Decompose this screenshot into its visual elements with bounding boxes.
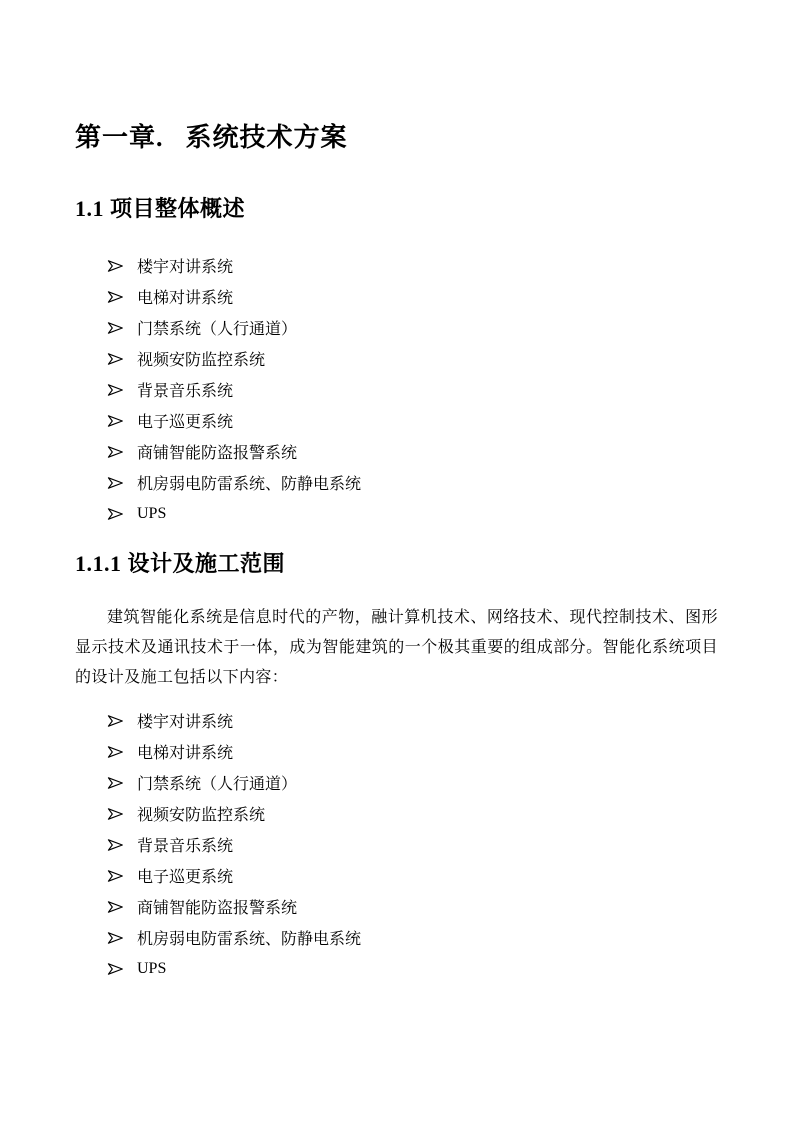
- list-item-text: 门禁系统（人行通道）: [137, 316, 297, 339]
- list-item: 门禁系统（人行通道）: [75, 767, 718, 798]
- scope-list: 楼宇对讲系统 电梯对讲系统 门禁系统（人行通道） 视频安防监控系统: [75, 705, 718, 984]
- arrow-bullet-icon: [107, 445, 124, 459]
- document-page: 第一章.系统技术方案 1.1 项目整体概述 楼宇对讲系统 电梯对讲系统: [0, 0, 793, 1122]
- list-item-text: 背景音乐系统: [137, 378, 233, 401]
- arrow-bullet-icon: [107, 869, 124, 883]
- list-item: 视频安防监控系统: [75, 798, 718, 829]
- list-item: 楼宇对讲系统: [75, 250, 718, 281]
- list-item: 机房弱电防雷系统、防静电系统: [75, 467, 718, 498]
- arrow-bullet-icon: [107, 352, 124, 366]
- list-item: 楼宇对讲系统: [75, 705, 718, 736]
- list-item-text: 视频安防监控系统: [137, 347, 265, 370]
- arrow-bullet-icon: [107, 476, 124, 490]
- list-item: 门禁系统（人行通道）: [75, 312, 718, 343]
- arrow-bullet-icon: [107, 900, 124, 914]
- list-item: 电子巡更系统: [75, 405, 718, 436]
- arrow-bullet-icon: [107, 507, 124, 521]
- arrow-bullet-icon: [107, 962, 124, 976]
- arrow-bullet-icon: [107, 807, 124, 821]
- list-item-text: 楼宇对讲系统: [137, 254, 233, 277]
- list-item: 商铺智能防盗报警系统: [75, 891, 718, 922]
- list-item: 背景音乐系统: [75, 374, 718, 405]
- arrow-bullet-icon: [107, 383, 124, 397]
- arrow-bullet-icon: [107, 776, 124, 790]
- list-item-text: 电子巡更系统: [137, 864, 233, 887]
- list-item: 机房弱电防雷系统、防静电系统: [75, 922, 718, 953]
- arrow-bullet-icon: [107, 838, 124, 852]
- list-item-text: 电梯对讲系统: [137, 285, 233, 308]
- list-item: 背景音乐系统: [75, 829, 718, 860]
- chapter-number: 第一章.: [75, 123, 164, 152]
- section-heading: 1.1 项目整体概述: [75, 194, 718, 224]
- list-item-text: UPS: [137, 960, 166, 978]
- arrow-bullet-icon: [107, 745, 124, 759]
- list-item-text: 视频安防监控系统: [137, 802, 265, 825]
- list-item: 视频安防监控系统: [75, 343, 718, 374]
- list-item-text: 机房弱电防雷系统、防静电系统: [137, 926, 361, 949]
- list-item: 电梯对讲系统: [75, 736, 718, 767]
- list-item-text: 电子巡更系统: [137, 409, 233, 432]
- list-item-text: 机房弱电防雷系统、防静电系统: [137, 471, 361, 494]
- arrow-bullet-icon: [107, 714, 124, 728]
- list-item: 商铺智能防盗报警系统: [75, 436, 718, 467]
- subsection-heading: 1.1.1 设计及施工范围: [75, 549, 718, 579]
- system-list: 楼宇对讲系统 电梯对讲系统 门禁系统（人行通道） 视频安防监控系统: [75, 250, 718, 529]
- list-item-text: 楼宇对讲系统: [137, 709, 233, 732]
- list-item: UPS: [75, 953, 718, 984]
- arrow-bullet-icon: [107, 414, 124, 428]
- list-item: 电子巡更系统: [75, 860, 718, 891]
- arrow-bullet-icon: [107, 290, 124, 304]
- list-item: 电梯对讲系统: [75, 281, 718, 312]
- chapter-heading: 第一章.系统技术方案: [75, 120, 718, 156]
- chapter-title: 系统技术方案: [186, 123, 348, 152]
- list-item-text: 商铺智能防盗报警系统: [137, 895, 297, 918]
- list-item-text: UPS: [137, 505, 166, 523]
- arrow-bullet-icon: [107, 259, 124, 273]
- list-item-text: 背景音乐系统: [137, 833, 233, 856]
- list-item-text: 商铺智能防盗报警系统: [137, 440, 297, 463]
- arrow-bullet-icon: [107, 321, 124, 335]
- list-item-text: 门禁系统（人行通道）: [137, 771, 297, 794]
- arrow-bullet-icon: [107, 931, 124, 945]
- intro-paragraph: 建筑智能化系统是信息时代的产物，融计算机技术、网络技术、现代控制技术、图形显示技…: [75, 603, 718, 693]
- list-item: UPS: [75, 498, 718, 529]
- list-item-text: 电梯对讲系统: [137, 740, 233, 763]
